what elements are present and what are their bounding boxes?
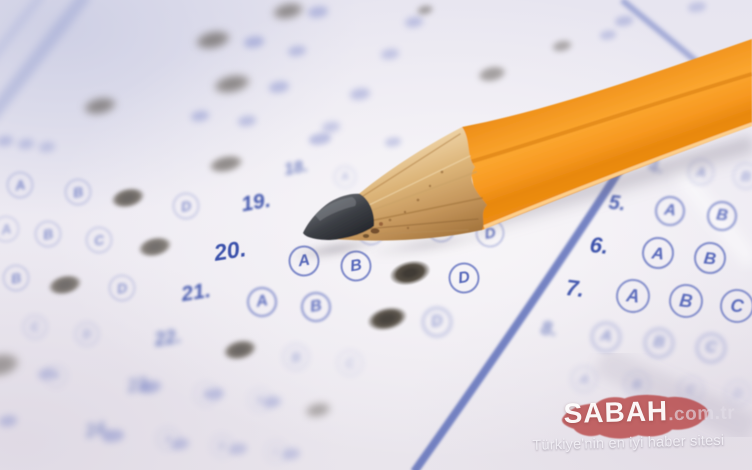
bubble-21-B: B — [299, 290, 333, 324]
bubble-18-A: A — [332, 164, 357, 189]
smudge-mark — [192, 27, 233, 53]
bubble-4-B: B — [732, 162, 752, 191]
sabah-logo: SABAH.com.tr — [563, 394, 735, 430]
bubble-5-A: A — [654, 195, 687, 228]
bubble-L1-B: B — [63, 177, 93, 207]
faint-mark — [321, 121, 340, 134]
bubble-L4-D: D — [73, 320, 100, 347]
bubble-20-D: D — [446, 260, 481, 295]
question-number-6: 6. — [589, 232, 610, 260]
question-number-18: 18. — [283, 156, 310, 180]
bubble-L4-C: C — [21, 313, 48, 340]
bubble-7-C: C — [718, 287, 752, 325]
bubble-L2-A: A — [0, 214, 21, 244]
faint-mark — [190, 110, 209, 123]
bubble-8-C: C — [694, 331, 727, 364]
graphite-highlight — [315, 197, 356, 221]
pencil-facet-ridge — [470, 74, 752, 162]
bubble-L1-D: D — [171, 191, 201, 221]
bubble-20-A: A — [286, 243, 321, 278]
faint-mark — [614, 15, 633, 28]
bubble-8-B: B — [642, 326, 675, 359]
faint-mark — [384, 136, 401, 147]
bubble-19-C: C — [425, 212, 457, 244]
bubble-L2-C: C — [84, 225, 114, 255]
faint-mark — [268, 80, 289, 94]
faint-mark — [205, 387, 224, 401]
bubble-6-A: A — [640, 235, 675, 270]
faint-mark — [237, 115, 256, 128]
faint-mark — [38, 141, 55, 153]
filled-bubble-L2-D — [136, 233, 175, 261]
faint-mark — [228, 442, 247, 456]
smudge-mark — [415, 3, 435, 17]
left-edge-stripe-2 — [0, 0, 42, 64]
filled-bubble-L3-C — [46, 271, 85, 299]
faint-mark — [170, 437, 189, 451]
filled-bubble-21-C — [365, 303, 410, 335]
smudge-mark — [270, 0, 307, 23]
faint-mark — [380, 48, 399, 61]
faint-mark — [307, 5, 328, 19]
bubble-L3-D: D — [107, 273, 137, 303]
filled-bubble-L1-C — [109, 184, 148, 212]
answer-sheet-photo: 18.A19.BCD20.ABD21.ABD22.BC23.AB24.ABC4.… — [0, 0, 752, 470]
smudge-mark — [0, 349, 23, 381]
question-number-22: 22. — [153, 326, 183, 352]
bubble-7-B: B — [667, 282, 705, 320]
filled-bubble-22-A — [221, 336, 260, 364]
bubble-19-D: D — [474, 217, 506, 249]
faint-mark — [281, 447, 300, 461]
sabah-logo-text: SABAH — [563, 395, 668, 429]
question-number-4: 4. — [647, 156, 664, 178]
left-edge-stripe — [0, 0, 86, 118]
question-number-5: 5. — [607, 192, 626, 217]
faint-mark — [262, 395, 281, 409]
bubble-20-B: B — [338, 248, 373, 283]
faint-mark — [687, 1, 706, 14]
smudge-mark — [210, 71, 253, 98]
faint-mark — [349, 87, 370, 101]
bubble-5-B: B — [706, 200, 739, 233]
faint-mark — [404, 16, 423, 29]
faint-mark — [17, 138, 34, 150]
bubble-7-A: A — [614, 277, 652, 315]
bubble-19-B: B — [355, 215, 387, 247]
filled-bubble-20-C — [387, 257, 433, 290]
smudge-mark — [550, 38, 574, 54]
bubble-22-B: B — [281, 342, 311, 372]
bubble-21-D: D — [420, 305, 454, 339]
sabah-logo-suffix: .com.tr — [668, 403, 735, 426]
smudge-mark — [476, 63, 509, 85]
bubble-L2-B: B — [33, 219, 63, 249]
faint-mark — [0, 414, 18, 428]
question-number-20: 20. — [212, 235, 248, 267]
bubble-21-A: A — [245, 285, 279, 319]
bubble-8-A: A — [589, 320, 622, 353]
question-number-7: 7. — [564, 275, 585, 303]
watermark: SABAH.com.tr Türkiye'nin en iyi haber si… — [527, 385, 752, 469]
smudge-mark — [207, 152, 246, 176]
question-number-21: 21. — [180, 279, 213, 307]
bubble-22-C: C — [335, 348, 365, 378]
question-number-19: 19. — [240, 189, 273, 218]
faint-mark — [0, 135, 14, 147]
faint-mark — [308, 132, 331, 146]
faint-mark — [243, 35, 264, 49]
smudge-mark — [81, 93, 120, 118]
bubble-6-B: B — [692, 240, 727, 275]
bubble-L1-A: A — [5, 170, 35, 200]
bubble-L3-B: B — [1, 263, 31, 293]
faint-mark — [599, 29, 616, 40]
bubble-4-A: A — [687, 158, 716, 187]
question-number-8: 8. — [540, 318, 558, 342]
faint-mark — [287, 45, 306, 58]
smudge-mark — [303, 400, 334, 420]
